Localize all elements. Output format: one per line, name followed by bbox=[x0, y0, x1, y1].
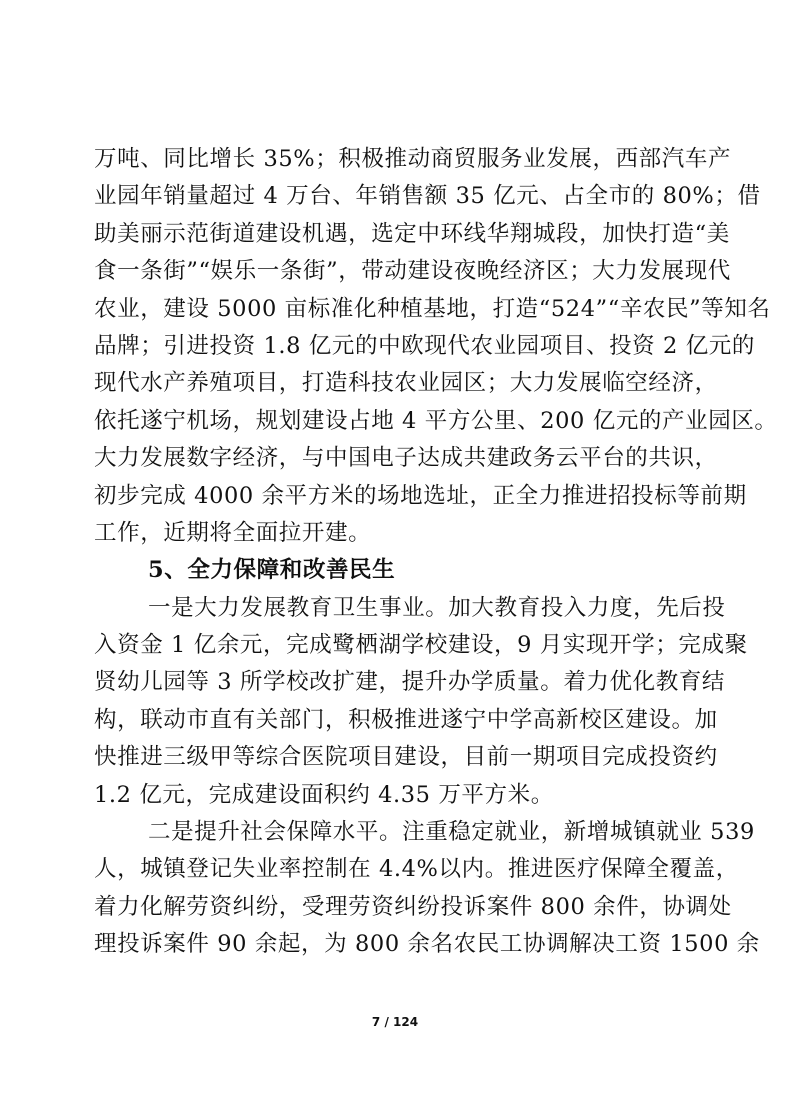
text-line: 人，城镇登记失业率控制在 4.4%以内。推进医疗保障全覆盖， bbox=[94, 851, 692, 888]
text-line: 业园年销量超过 4 万台、年销售额 35 亿元、占全市的 80%；借 bbox=[94, 178, 692, 215]
text-line: 二是提升社会保障水平。注重稳定就业，新增城镇就业 539 bbox=[94, 814, 692, 851]
paragraph-continuation: 万吨、同比增长 35%；积极推动商贸服务业发展，西部汽车产 业园年销量超过 4 … bbox=[94, 141, 692, 552]
text-line: 1.2 亿元，完成建设面积约 4.35 万平方米。 bbox=[94, 777, 692, 814]
text-line: 构，联动市直有关部门，积极推进遂宁中学高新校区建设。加 bbox=[94, 702, 692, 739]
document-page: 万吨、同比增长 35%；积极推动商贸服务业发展，西部汽车产 业园年销量超过 4 … bbox=[0, 0, 790, 1118]
text-line: 工作，近期将全面拉开建。 bbox=[94, 515, 692, 552]
text-line: 初步完成 4000 余平方米的场地选址，正全力推进招投标等前期 bbox=[94, 478, 692, 515]
document-body: 万吨、同比增长 35%；积极推动商贸服务业发展，西部汽车产 业园年销量超过 4 … bbox=[94, 141, 692, 964]
section-heading: 5、全力保障和改善民生 bbox=[94, 552, 692, 589]
text-line: 依托遂宁机场，规划建设占地 4 平方公里、200 亿元的产业园区。 bbox=[94, 403, 692, 440]
text-line: 着力化解劳资纠纷，受理劳资纠纷投诉案件 800 余件，协调处 bbox=[94, 889, 692, 926]
text-line: 贤幼儿园等 3 所学校改扩建，提升办学质量。着力优化教育结 bbox=[94, 664, 692, 701]
text-line: 现代水产养殖项目，打造科技农业园区；大力发展临空经济， bbox=[94, 365, 692, 402]
heading-text: 5、全力保障和改善民生 bbox=[94, 552, 692, 589]
paragraph-education-health: 一是大力发展教育卫生事业。加大教育投入力度，先后投 入资金 1 亿余元，完成鹭栖… bbox=[94, 590, 692, 814]
page-number: 7 / 124 bbox=[0, 1015, 790, 1029]
text-line: 快推进三级甲等综合医院项目建设，目前一期项目完成投资约 bbox=[94, 739, 692, 776]
paragraph-social-security: 二是提升社会保障水平。注重稳定就业，新增城镇就业 539 人，城镇登记失业率控制… bbox=[94, 814, 692, 964]
text-line: 品牌；引进投资 1.8 亿元的中欧现代农业园项目、投资 2 亿元的 bbox=[94, 328, 692, 365]
text-line: 大力发展数字经济，与中国电子达成共建政务云平台的共识， bbox=[94, 440, 692, 477]
text-line: 助美丽示范街道建设机遇，选定中环线华翔城段，加快打造“美 bbox=[94, 216, 692, 253]
text-line: 农业，建设 5000 亩标准化种植基地，打造“524”“辛农民”等知名 bbox=[94, 291, 692, 328]
text-line: 理投诉案件 90 余起，为 800 余名农民工协调解决工资 1500 余 bbox=[94, 926, 692, 963]
text-line: 入资金 1 亿余元，完成鹭栖湖学校建设，9 月实现开学；完成聚 bbox=[94, 627, 692, 664]
text-line: 万吨、同比增长 35%；积极推动商贸服务业发展，西部汽车产 bbox=[94, 141, 692, 178]
text-line: 一是大力发展教育卫生事业。加大教育投入力度，先后投 bbox=[94, 590, 692, 627]
text-line: 食一条街”“娱乐一条街”，带动建设夜晚经济区；大力发展现代 bbox=[94, 253, 692, 290]
